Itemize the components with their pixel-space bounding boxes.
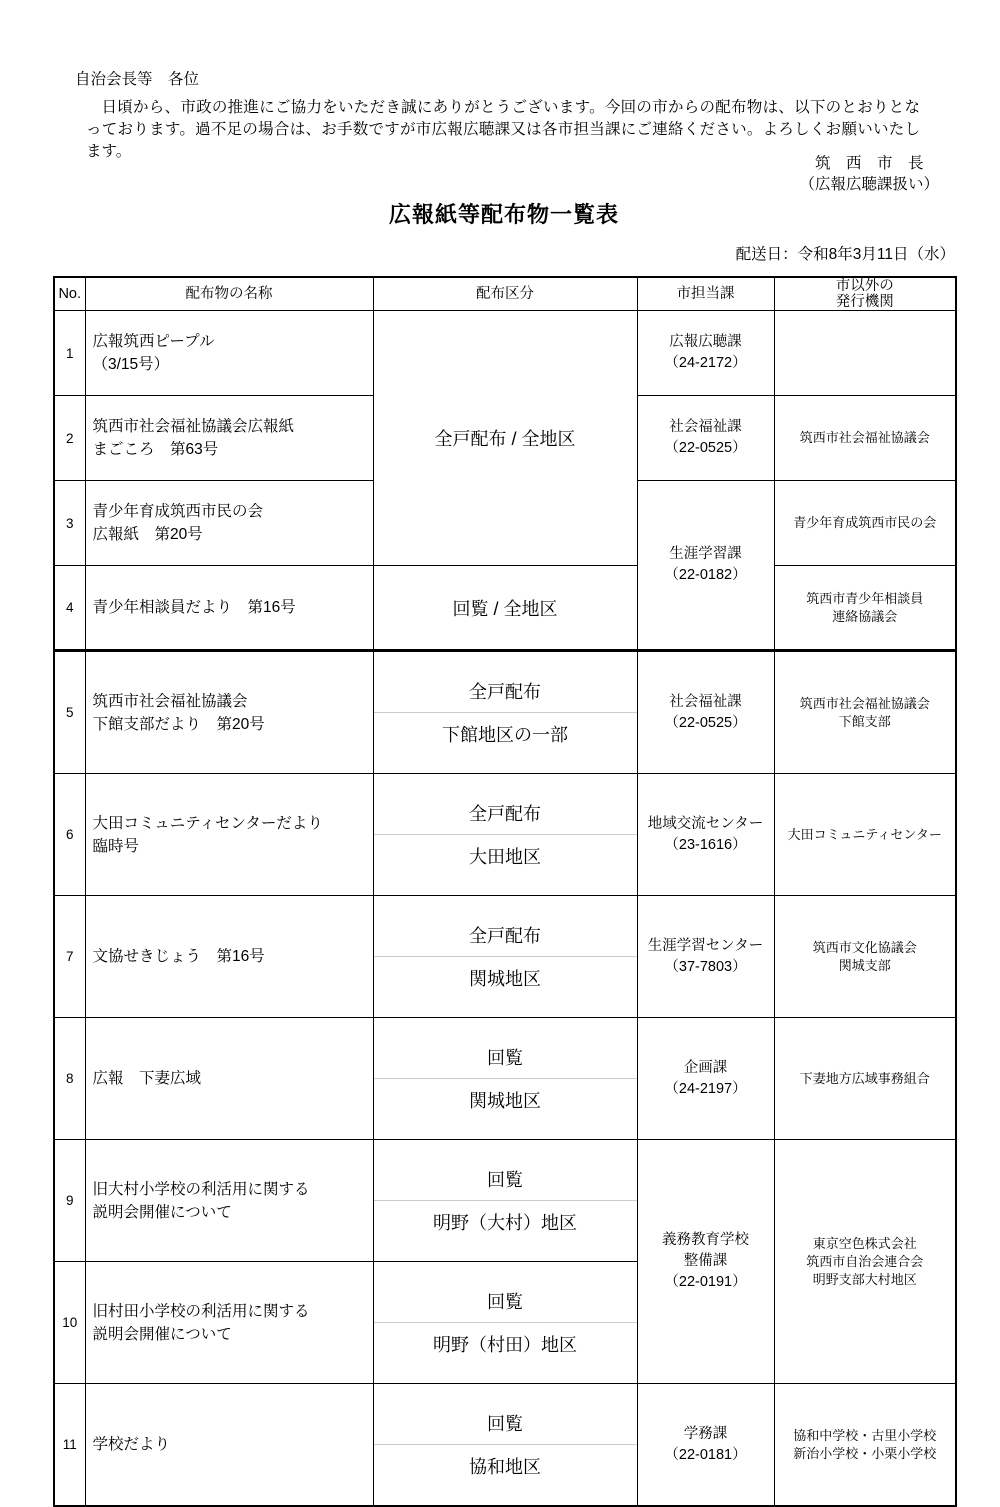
sender-note: （広報広聴課扱い） — [799, 174, 939, 195]
department-cell: 社会福祉課 （22-0525） — [637, 396, 774, 481]
department-cell: 生涯学習課 （22-0182） — [637, 481, 774, 651]
distribution-method: 回覧 — [374, 1280, 637, 1323]
department-cell: 企画課 （24-2197） — [637, 1018, 774, 1140]
col-header-distribution-type: 配布区分 — [373, 277, 637, 311]
department-cell: 学務課 （22-0181） — [637, 1384, 774, 1507]
department-cell: 義務教育学校 整備課 （22-0191） — [637, 1140, 774, 1384]
row-no: 4 — [54, 566, 85, 651]
distribution-type-split: 全戸配布 関城地区 — [374, 914, 637, 999]
distribution-area: 明野（村田）地区 — [374, 1323, 637, 1366]
col-header-item-name: 配布物の名称 — [85, 277, 373, 311]
item-name-cell: 文協せきじょう 第16号 — [85, 896, 373, 1018]
item-name-cell: 広報筑西ピープル （3/15号） — [85, 311, 373, 396]
page-title: 広報紙等配布物一覧表 — [53, 198, 955, 229]
publisher-cell: 筑西市社会福祉協議会 — [774, 396, 956, 481]
distribution-type-split: 全戸配布 下館地区の一部 — [374, 670, 637, 755]
distribution-table: No. 配布物の名称 配布区分 市担当課 市以外の 発行機関 1 広報筑西ピープ… — [53, 276, 957, 1507]
distribution-type-cell: 回覧 / 全地区 — [373, 566, 637, 651]
row-no: 5 — [54, 651, 85, 774]
distribution-type-split: 回覧 協和地区 — [374, 1402, 637, 1487]
publisher-cell: 筑西市青少年相談員 連絡協議会 — [774, 566, 956, 651]
department-cell: 広報広聴課 （24-2172） — [637, 311, 774, 396]
row-no: 1 — [54, 311, 85, 396]
table-row: 5 筑西市社会福祉協議会 下館支部だより 第20号 全戸配布 下館地区の一部 社… — [54, 651, 956, 774]
distribution-area: 大田地区 — [374, 835, 637, 878]
publisher-cell: 筑西市社会福祉協議会 下館支部 — [774, 651, 956, 774]
distribution-type-split: 全戸配布 大田地区 — [374, 792, 637, 877]
row-no: 6 — [54, 774, 85, 896]
item-name-cell: 筑西市社会福祉協議会広報紙 まごころ 第63号 — [85, 396, 373, 481]
distribution-type-cell: 全戸配布 大田地区 — [373, 774, 637, 896]
item-name-cell: 旧大村小学校の利活用に関する 説明会開催について — [85, 1140, 373, 1262]
row-no: 11 — [54, 1384, 85, 1507]
distribution-area: 協和地区 — [374, 1445, 637, 1488]
distribution-area: 関城地区 — [374, 1079, 637, 1122]
delivery-date: 配送日：令和8年3月11日（水） — [53, 245, 955, 265]
department-cell: 社会福祉課 （22-0525） — [637, 651, 774, 774]
row-no: 8 — [54, 1018, 85, 1140]
row-no: 10 — [54, 1262, 85, 1384]
table-row: 6 大田コミュニティセンターだより 臨時号 全戸配布 大田地区 地域交流センター… — [54, 774, 956, 896]
distribution-method: 回覧 — [374, 1158, 637, 1201]
item-name-cell: 学校だより — [85, 1384, 373, 1507]
table-row: 11 学校だより 回覧 協和地区 学務課 （22-0181） 協和中学校・古里小… — [54, 1384, 956, 1507]
department-cell: 生涯学習センター （37-7803） — [637, 896, 774, 1018]
table-row: 7 文協せきじょう 第16号 全戸配布 関城地区 生涯学習センター （37-78… — [54, 896, 956, 1018]
distribution-area: 関城地区 — [374, 957, 637, 1000]
department-cell: 地域交流センター （23-1616） — [637, 774, 774, 896]
table-row: 8 広報 下妻広域 回覧 関城地区 企画課 （24-2197） 下妻地方広域事務… — [54, 1018, 956, 1140]
distribution-type-cell: 全戸配布 下館地区の一部 — [373, 651, 637, 774]
row-no: 9 — [54, 1140, 85, 1262]
col-header-no: No. — [54, 277, 85, 311]
table-row: 4 青少年相談員だより 第16号 回覧 / 全地区 筑西市青少年相談員 連絡協議… — [54, 566, 956, 651]
distribution-method: 全戸配布 — [374, 670, 637, 713]
distribution-type-cell: 全戸配布 関城地区 — [373, 896, 637, 1018]
table-row: 9 旧大村小学校の利活用に関する 説明会開催について 回覧 明野（大村）地区 義… — [54, 1140, 956, 1262]
item-name-cell: 青少年育成筑西市民の会 広報紙 第20号 — [85, 481, 373, 566]
distribution-type-cell: 回覧 明野（大村）地区 — [373, 1140, 637, 1262]
distribution-area: 下館地区の一部 — [374, 713, 637, 756]
distribution-type-split: 回覧 明野（村田）地区 — [374, 1280, 637, 1365]
distribution-area: 明野（大村）地区 — [374, 1201, 637, 1244]
publisher-cell: 協和中学校・古里小学校 新治小学校・小栗小学校 — [774, 1384, 956, 1507]
item-name-cell: 大田コミュニティセンターだより 臨時号 — [85, 774, 373, 896]
distribution-method: 回覧 — [374, 1402, 637, 1445]
distribution-method: 全戸配布 — [374, 914, 637, 957]
item-name-cell: 青少年相談員だより 第16号 — [85, 566, 373, 651]
recipient-line: 自治会長等 各位 — [75, 70, 955, 90]
col-header-department: 市担当課 — [637, 277, 774, 311]
table-row: 1 広報筑西ピープル （3/15号） 全戸配布 / 全地区 広報広聴課 （24-… — [54, 311, 956, 396]
distribution-type-cell: 全戸配布 / 全地区 — [373, 311, 637, 566]
row-no: 3 — [54, 481, 85, 566]
publisher-cell: 筑西市文化協議会 関城支部 — [774, 896, 956, 1018]
distribution-type-cell: 回覧 関城地区 — [373, 1018, 637, 1140]
sender-name: 筑 西 市 長 — [799, 153, 939, 174]
publisher-cell: 東京空色株式会社 筑西市自治会連合会 明野支部大村地区 — [774, 1140, 956, 1384]
distribution-type-split: 回覧 関城地区 — [374, 1036, 637, 1121]
publisher-cell: 青少年育成筑西市民の会 — [774, 481, 956, 566]
item-name-cell: 旧村田小学校の利活用に関する 説明会開催について — [85, 1262, 373, 1384]
publisher-cell: 下妻地方広域事務組合 — [774, 1018, 956, 1140]
distribution-method: 全戸配布 — [374, 792, 637, 835]
item-name-cell: 筑西市社会福祉協議会 下館支部だより 第20号 — [85, 651, 373, 774]
distribution-type-split: 回覧 明野（大村）地区 — [374, 1158, 637, 1243]
distribution-type-cell: 回覧 協和地区 — [373, 1384, 637, 1507]
row-no: 7 — [54, 896, 85, 1018]
publisher-cell: 大田コミュニティセンター — [774, 774, 956, 896]
document-page: 自治会長等 各位 日頃から、市政の推進にご協力をいただき誠にありがとうございます… — [53, 0, 955, 1507]
publisher-cell — [774, 311, 956, 396]
sender-block: 筑 西 市 長 （広報広聴課扱い） — [53, 153, 939, 195]
table-header-row: No. 配布物の名称 配布区分 市担当課 市以外の 発行機関 — [54, 277, 956, 311]
row-no: 2 — [54, 396, 85, 481]
col-header-publisher: 市以外の 発行機関 — [774, 277, 956, 311]
sender-inner: 筑 西 市 長 （広報広聴課扱い） — [799, 153, 939, 195]
distribution-method: 回覧 — [374, 1036, 637, 1079]
distribution-type-cell: 回覧 明野（村田）地区 — [373, 1262, 637, 1384]
item-name-cell: 広報 下妻広域 — [85, 1018, 373, 1140]
